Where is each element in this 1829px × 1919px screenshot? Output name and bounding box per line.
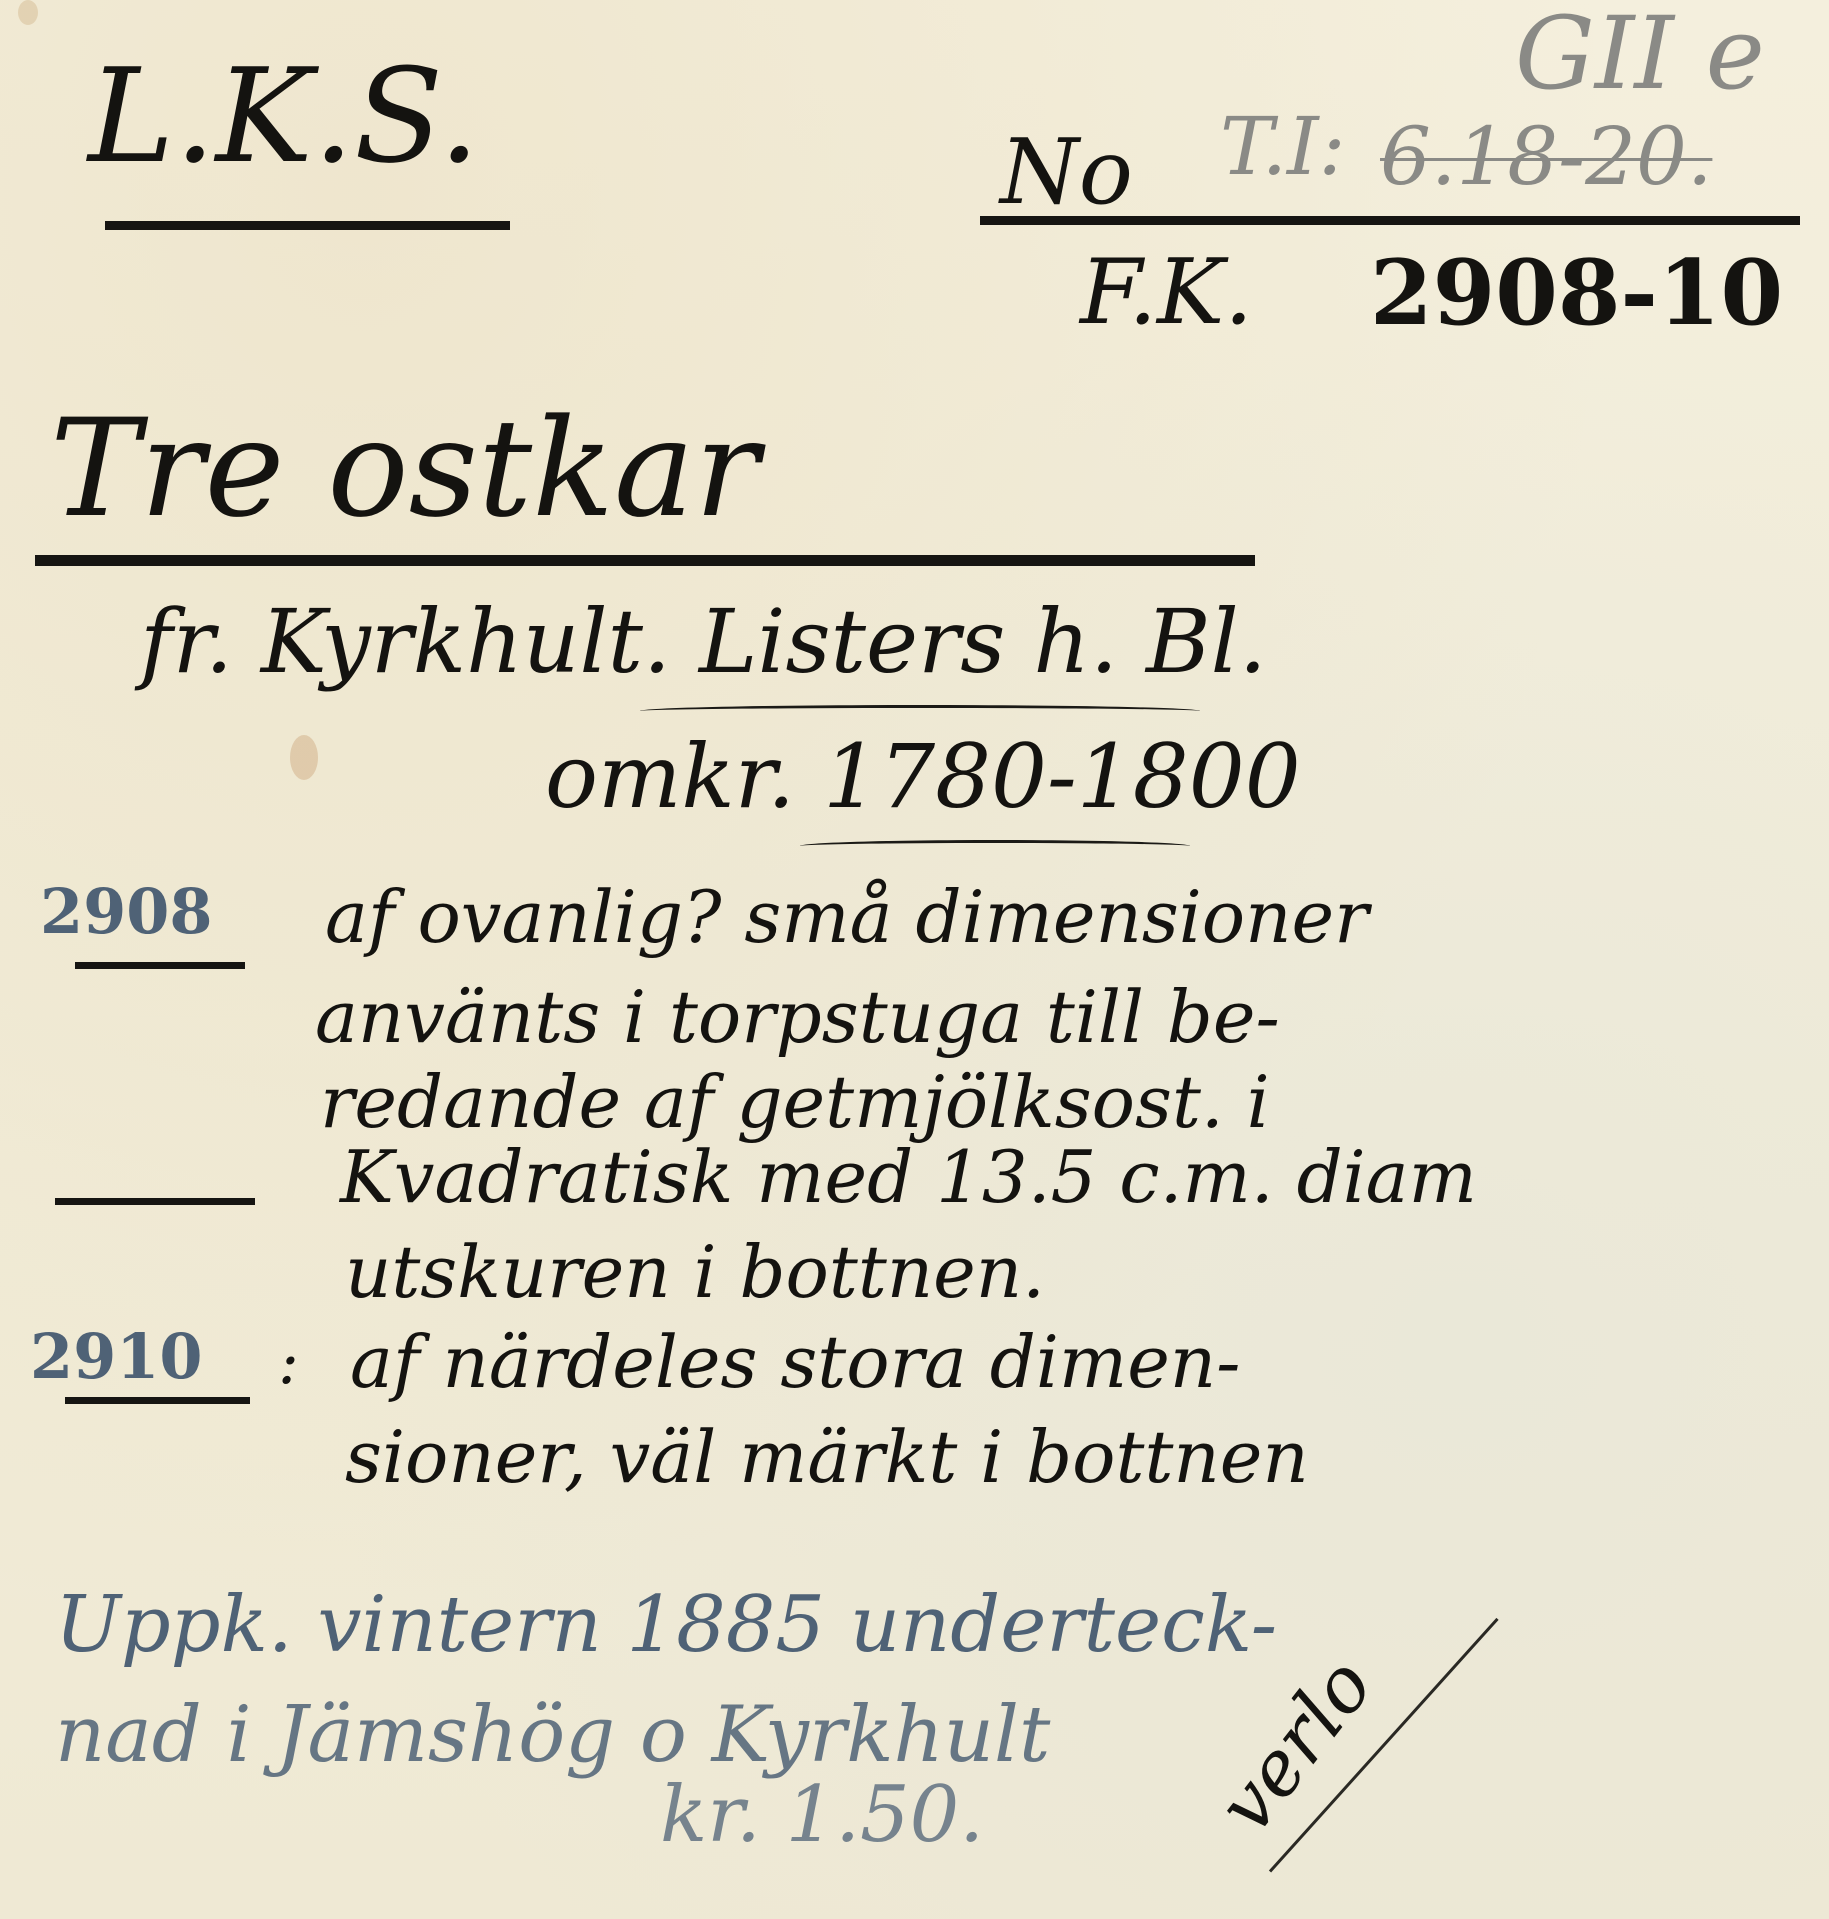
entry-line: af närdeles stora dimen- bbox=[350, 1320, 1241, 1404]
item-title: Tre ostkar bbox=[50, 390, 759, 547]
entry-line: redande af getmjölksost. i bbox=[320, 1060, 1270, 1144]
entry-line: sioner, väl märkt i bottnen bbox=[345, 1415, 1309, 1499]
fk-label: F.K. bbox=[1080, 240, 1253, 345]
dating: omkr. 1780-1800 bbox=[545, 725, 1301, 828]
ditto-dash bbox=[55, 1198, 255, 1205]
number-struck: 6.18-20. bbox=[1380, 110, 1712, 203]
wavy-underline bbox=[800, 840, 1190, 853]
footnote-line: kr. 1.50. bbox=[660, 1770, 984, 1860]
index-card: L.K.S. No T.I: 6.18-20. GII e F.K. 2908-… bbox=[0, 0, 1829, 1919]
entry-line: Kvadratisk med 13.5 c.m. diam bbox=[340, 1135, 1477, 1219]
entry-number-underline bbox=[65, 1397, 250, 1404]
fk-numbers: 2908-10 bbox=[1370, 240, 1783, 346]
pencil-correction: GII e bbox=[1515, 0, 1765, 112]
title-underline bbox=[35, 555, 1255, 566]
footnote-line: Uppk. vintern 1885 underteck- bbox=[55, 1580, 1277, 1670]
paper-stain bbox=[18, 0, 38, 25]
footnote-line: nad i Jämshög o Kyrkhult bbox=[55, 1690, 1050, 1780]
entry-number: 2910 bbox=[30, 1320, 203, 1393]
collection-mark: L.K.S. bbox=[88, 40, 480, 192]
entry-line: använts i torpstuga till be- bbox=[315, 975, 1280, 1059]
provenance: fr. Kyrkhult. Listers h. Bl. bbox=[140, 590, 1267, 693]
entry-line: af ovanlig? små dimensioner bbox=[325, 875, 1369, 959]
annotation: verlo bbox=[1200, 1641, 1390, 1849]
number-underline bbox=[980, 216, 1800, 225]
wavy-underline bbox=[640, 705, 1200, 718]
entry-separator: : bbox=[278, 1325, 299, 1398]
paper-stain bbox=[290, 735, 318, 780]
entry-number-underline bbox=[75, 962, 245, 969]
collection-mark-underline bbox=[105, 221, 510, 230]
number-value-pencil: T.I: bbox=[1220, 100, 1346, 193]
entry-number: 2908 bbox=[40, 875, 213, 948]
number-label: No bbox=[1000, 120, 1133, 225]
entry-line: utskuren i bottnen. bbox=[345, 1230, 1045, 1314]
